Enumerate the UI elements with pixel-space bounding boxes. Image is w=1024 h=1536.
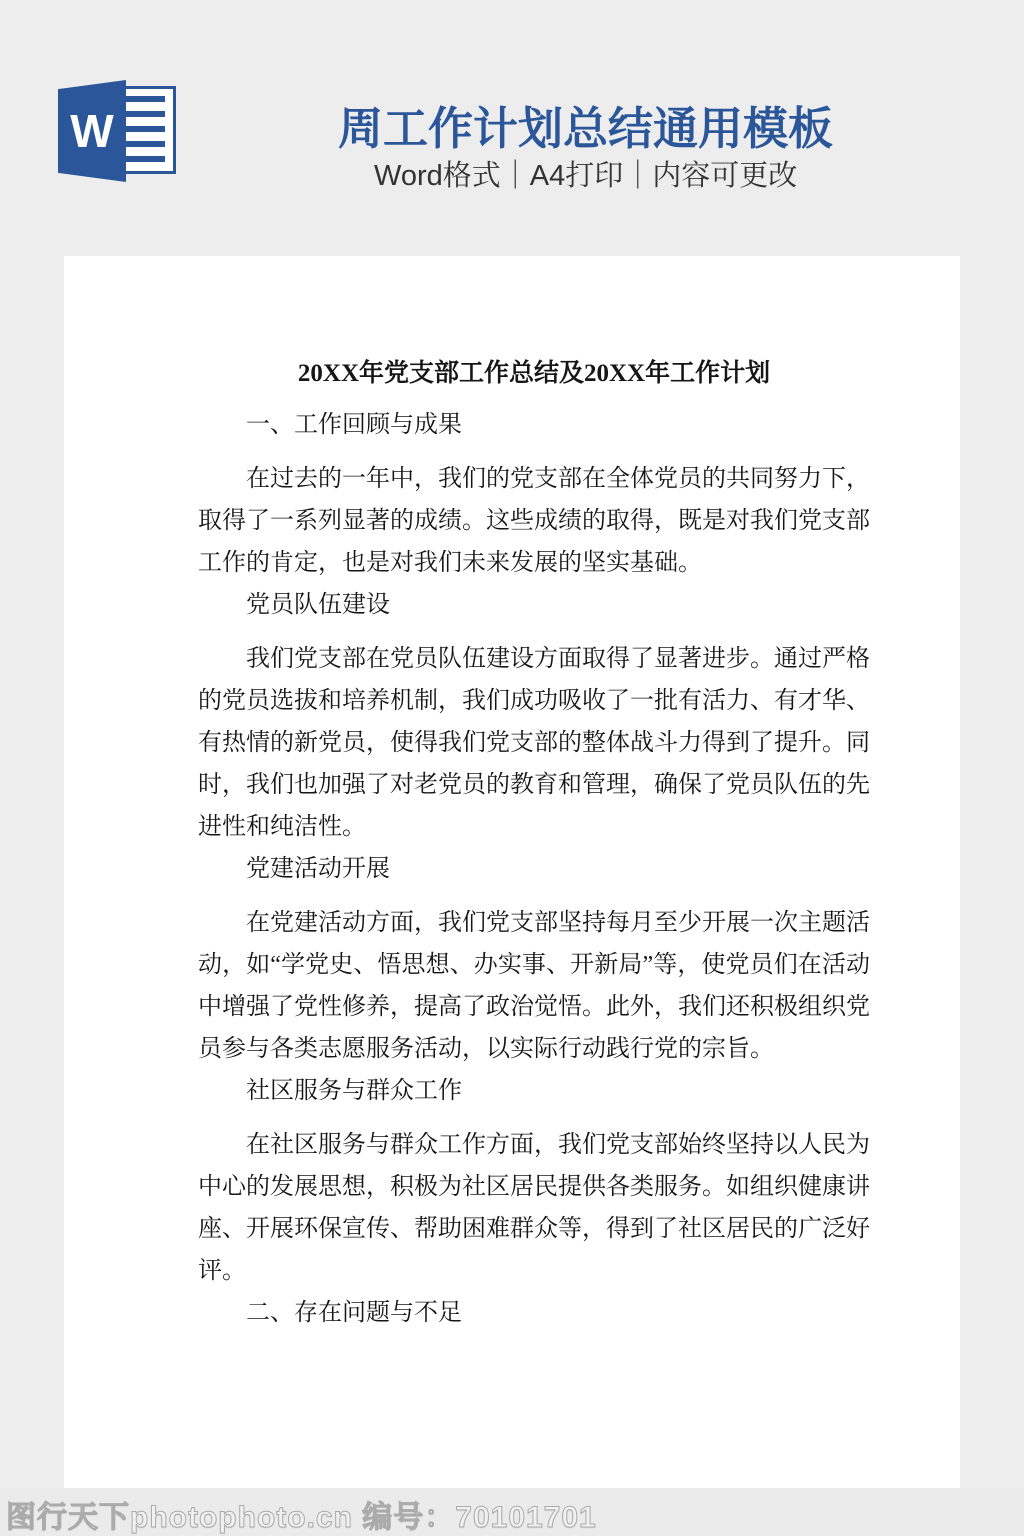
watermark-text: 图行天下photophoto.cn 编号：70101701 [6,1492,597,1536]
doc-paragraph: 在社区服务与群众工作方面，我们党支部始终坚持以人民为中心的发展思想，积极为社区居… [198,1124,870,1292]
doc-heading: 党员队伍建设 [198,584,870,626]
document-body: 一、工作回顾与成果在过去的一年中，我们的党支部在全体党员的共同努力下，取得了一系… [198,404,870,1334]
template-title: 周工作计划总结通用模板 [338,92,788,157]
document-sheet: 20XX年党支部工作总结及20XX年工作计划 一、工作回顾与成果在过去的一年中，… [64,256,960,1488]
doc-heading: 二、存在问题与不足 [198,1292,870,1334]
word-icon: W [58,80,180,182]
doc-paragraph: 在过去的一年中，我们的党支部在全体党员的共同努力下，取得了一系列显著的成绩。这些… [198,458,870,584]
template-subtitle: Word格式｜A4打印｜内容可更改 [374,153,774,194]
doc-heading: 社区服务与群众工作 [198,1070,870,1112]
doc-paragraph: 在党建活动方面，我们党支部坚持每月至少开展一次主题活动，如“学党史、悟思想、办实… [198,902,870,1070]
document-title: 20XX年党支部工作总结及20XX年工作计划 [198,358,870,390]
header-banner: W 周工作计划总结通用模板 Word格式｜A4打印｜内容可更改 [0,0,1024,256]
footer-bar: 图行天下photophoto.cn 编号：70101701 [0,1488,1024,1536]
doc-heading: 一、工作回顾与成果 [198,404,870,446]
doc-paragraph: 我们党支部在党员队伍建设方面取得了显著进步。通过严格的党员选拔和培养机制，我们成… [198,638,870,848]
word-icon-cover: W [58,80,126,182]
word-icon-letter: W [70,108,113,154]
doc-heading: 党建活动开展 [198,848,870,890]
